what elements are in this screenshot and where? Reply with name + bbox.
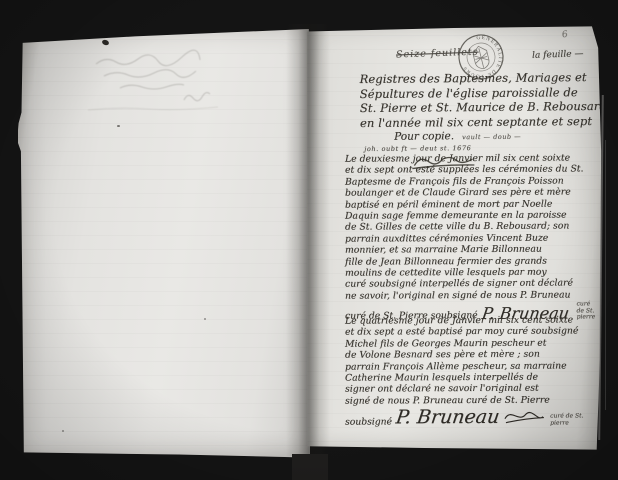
book-spine-tab xyxy=(292,454,328,480)
bleed-through-marks xyxy=(68,34,268,124)
ink-speck xyxy=(204,318,206,320)
folio-number: 6 xyxy=(561,30,568,41)
copy-note: Pour copie. xyxy=(394,130,454,144)
title-line: Registres des Baptesmes, Mariages et xyxy=(360,70,596,87)
ink-speck xyxy=(62,430,64,432)
title-line: St. Pierre et St. Maurice de B. Rebousar… xyxy=(360,99,596,116)
baptism-act-2: Le quatriesme jour de Janvier mil six ce… xyxy=(345,315,591,427)
left-page xyxy=(18,26,310,458)
right-page: Seize feuillets GÉNÉRALITÉ DE TOURS la f… xyxy=(306,22,602,454)
sheet-label: la feuille — xyxy=(532,49,584,61)
priest-signature: P. Bruneau xyxy=(395,408,501,428)
signature-flourish xyxy=(503,407,546,427)
manuscript-line: ne savoir, l'original en signé de nous P… xyxy=(345,289,591,302)
signature-title: curé de St. pierre xyxy=(550,414,591,427)
notarial-marks: vault — doub — xyxy=(462,131,521,145)
act-closing: soubsigné xyxy=(345,416,392,428)
page-stack-edge xyxy=(605,140,606,410)
baptism-act-1: Le deuxiesme jour de Janvier mil six cen… xyxy=(345,153,591,322)
title-line: en l'année mil six cent septante et sept xyxy=(360,113,596,130)
manuscript-line: de Volone Besnard ses père et mère ; son xyxy=(345,349,591,362)
manuscript-line: monnier, et sa marraine Marie Billonneau xyxy=(345,244,591,257)
register-scan: Seize feuillets GÉNÉRALITÉ DE TOURS la f… xyxy=(0,0,618,480)
ink-speck xyxy=(117,125,120,127)
manuscript-line: signé de nous P. Bruneau curé de St. Pie… xyxy=(345,394,591,407)
manuscript-line: boulanger et de Claude Girard ses père e… xyxy=(345,187,591,200)
